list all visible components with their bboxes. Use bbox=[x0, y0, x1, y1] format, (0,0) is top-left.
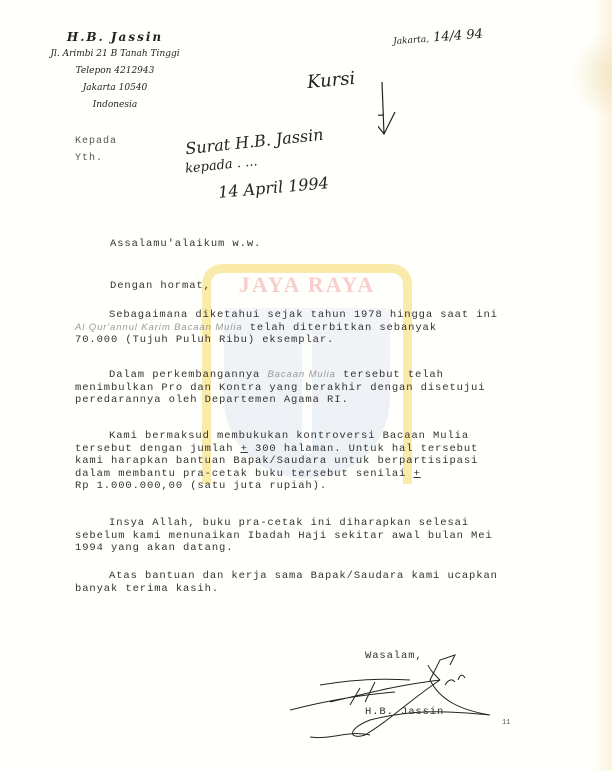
p4-line2: sebelum kami menunaikan Ibadah Haji seki… bbox=[75, 530, 525, 543]
signature-scribble bbox=[290, 640, 520, 750]
p1-line2-rest: telah diterbitkan sebanyak bbox=[243, 322, 437, 334]
p3-line3: kami harapkan bantuan Bapak/Saudara untu… bbox=[75, 455, 525, 468]
archive-note-line2: kepada . ... bbox=[184, 154, 258, 176]
p2-line1: Dalam perkembangannya Bacaan Mulia terse… bbox=[75, 369, 525, 382]
p3-line1: Kami bermaksud membukukan kontroversi Ba… bbox=[75, 430, 525, 443]
paragraph-1: Sebagaimana diketahui sejak tahun 1978 h… bbox=[75, 309, 525, 347]
p2-line1-end: tersebut telah bbox=[336, 369, 444, 381]
p4-line1: Insya Allah, buku pra-cetak ini diharapk… bbox=[75, 517, 525, 530]
page-mark: 11 bbox=[502, 719, 510, 727]
signatory-name: H.B. Jassin bbox=[365, 706, 444, 718]
archive-note-line1: Surat H.B. Jassin bbox=[184, 125, 324, 158]
p3-line4-pre: dalam membantu pra-cetak buku tersebut s… bbox=[75, 468, 413, 480]
p4-line3: 1994 yang akan datang. bbox=[75, 542, 525, 555]
p1-line3: 70.000 (Tujuh Puluh Ribu) eksemplar. bbox=[75, 334, 525, 347]
letterhead-country: Indonesia bbox=[30, 97, 200, 114]
plus-minus-sign: + bbox=[241, 443, 248, 455]
recipient-block: Kepada Yth. bbox=[75, 133, 117, 167]
paragraph-4: Insya Allah, buku pra-cetak ini diharapk… bbox=[75, 517, 525, 555]
date-value: 14/4 94 bbox=[433, 27, 484, 45]
p2-line3: peredarannya oleh Departemen Agama RI. bbox=[75, 394, 525, 407]
recipient-line-kepada: Kepada bbox=[75, 133, 117, 150]
paragraph-2: Dalam perkembangannya Bacaan Mulia terse… bbox=[75, 369, 525, 407]
letterhead-name: H.B. Jassin bbox=[30, 30, 200, 44]
p2-line1-start: Dalam perkembangannya bbox=[109, 369, 267, 381]
p5-line1: Atas bantuan dan kerja sama Bapak/Saudar… bbox=[75, 570, 525, 583]
salutation: Dengan hormat, bbox=[110, 280, 211, 292]
paragraph-5: Atas bantuan dan kerja sama Bapak/Saudar… bbox=[75, 570, 525, 595]
paragraph-3: Kami bermaksud membukukan kontroversi Ba… bbox=[75, 430, 525, 493]
place-label: Jakarta, bbox=[393, 35, 430, 47]
p2-line2: menimbulkan Pro dan Kontra yang berakhir… bbox=[75, 382, 525, 395]
p1-line1: Sebagaimana diketahui sejak tahun 1978 h… bbox=[75, 309, 525, 322]
paper-stain bbox=[572, 30, 612, 120]
book-title-short: Bacaan Mulia bbox=[267, 369, 335, 380]
place-date: Jakarta, 14/4 94 bbox=[393, 27, 484, 48]
p3-line4: dalam membantu pra-cetak buku tersebut s… bbox=[75, 468, 525, 481]
letterhead-street: Jl. Arimbi 21 B Tanah Tinggi bbox=[30, 46, 200, 63]
letterhead-city: Jakarta 10540 bbox=[30, 80, 200, 97]
archive-note-line3: 14 April 1994 bbox=[217, 173, 329, 202]
watermark-text: JAYA RAYA bbox=[202, 272, 412, 298]
p3-line2: tersebut dengan jumlah + 300 halaman. Un… bbox=[75, 443, 525, 456]
book-title: Al Qur'annul Karim Bacaan Mulia bbox=[75, 322, 243, 333]
greeting: Assalamu'alaikum w.w. bbox=[110, 238, 261, 250]
down-arrow-icon bbox=[378, 82, 408, 138]
kursi-note: Kursi bbox=[306, 68, 356, 93]
p1-line2: Al Qur'annul Karim Bacaan Mulia telah di… bbox=[75, 322, 525, 335]
letterhead-phone: Telepon 4212943 bbox=[30, 63, 200, 80]
recipient-line-yth: Yth. bbox=[75, 150, 117, 167]
letterhead: H.B. Jassin Jl. Arimbi 21 B Tanah Tinggi… bbox=[30, 30, 200, 114]
p3-line2-post: 300 halaman. Untuk hal tersebut bbox=[248, 443, 478, 455]
p3-line2-pre: tersebut dengan jumlah bbox=[75, 443, 241, 455]
p5-line2: banyak terima kasih. bbox=[75, 583, 525, 596]
p3-line5: Rp 1.000.000,00 (satu juta rupiah). bbox=[75, 480, 525, 493]
plus-minus-sign: + bbox=[413, 468, 420, 480]
